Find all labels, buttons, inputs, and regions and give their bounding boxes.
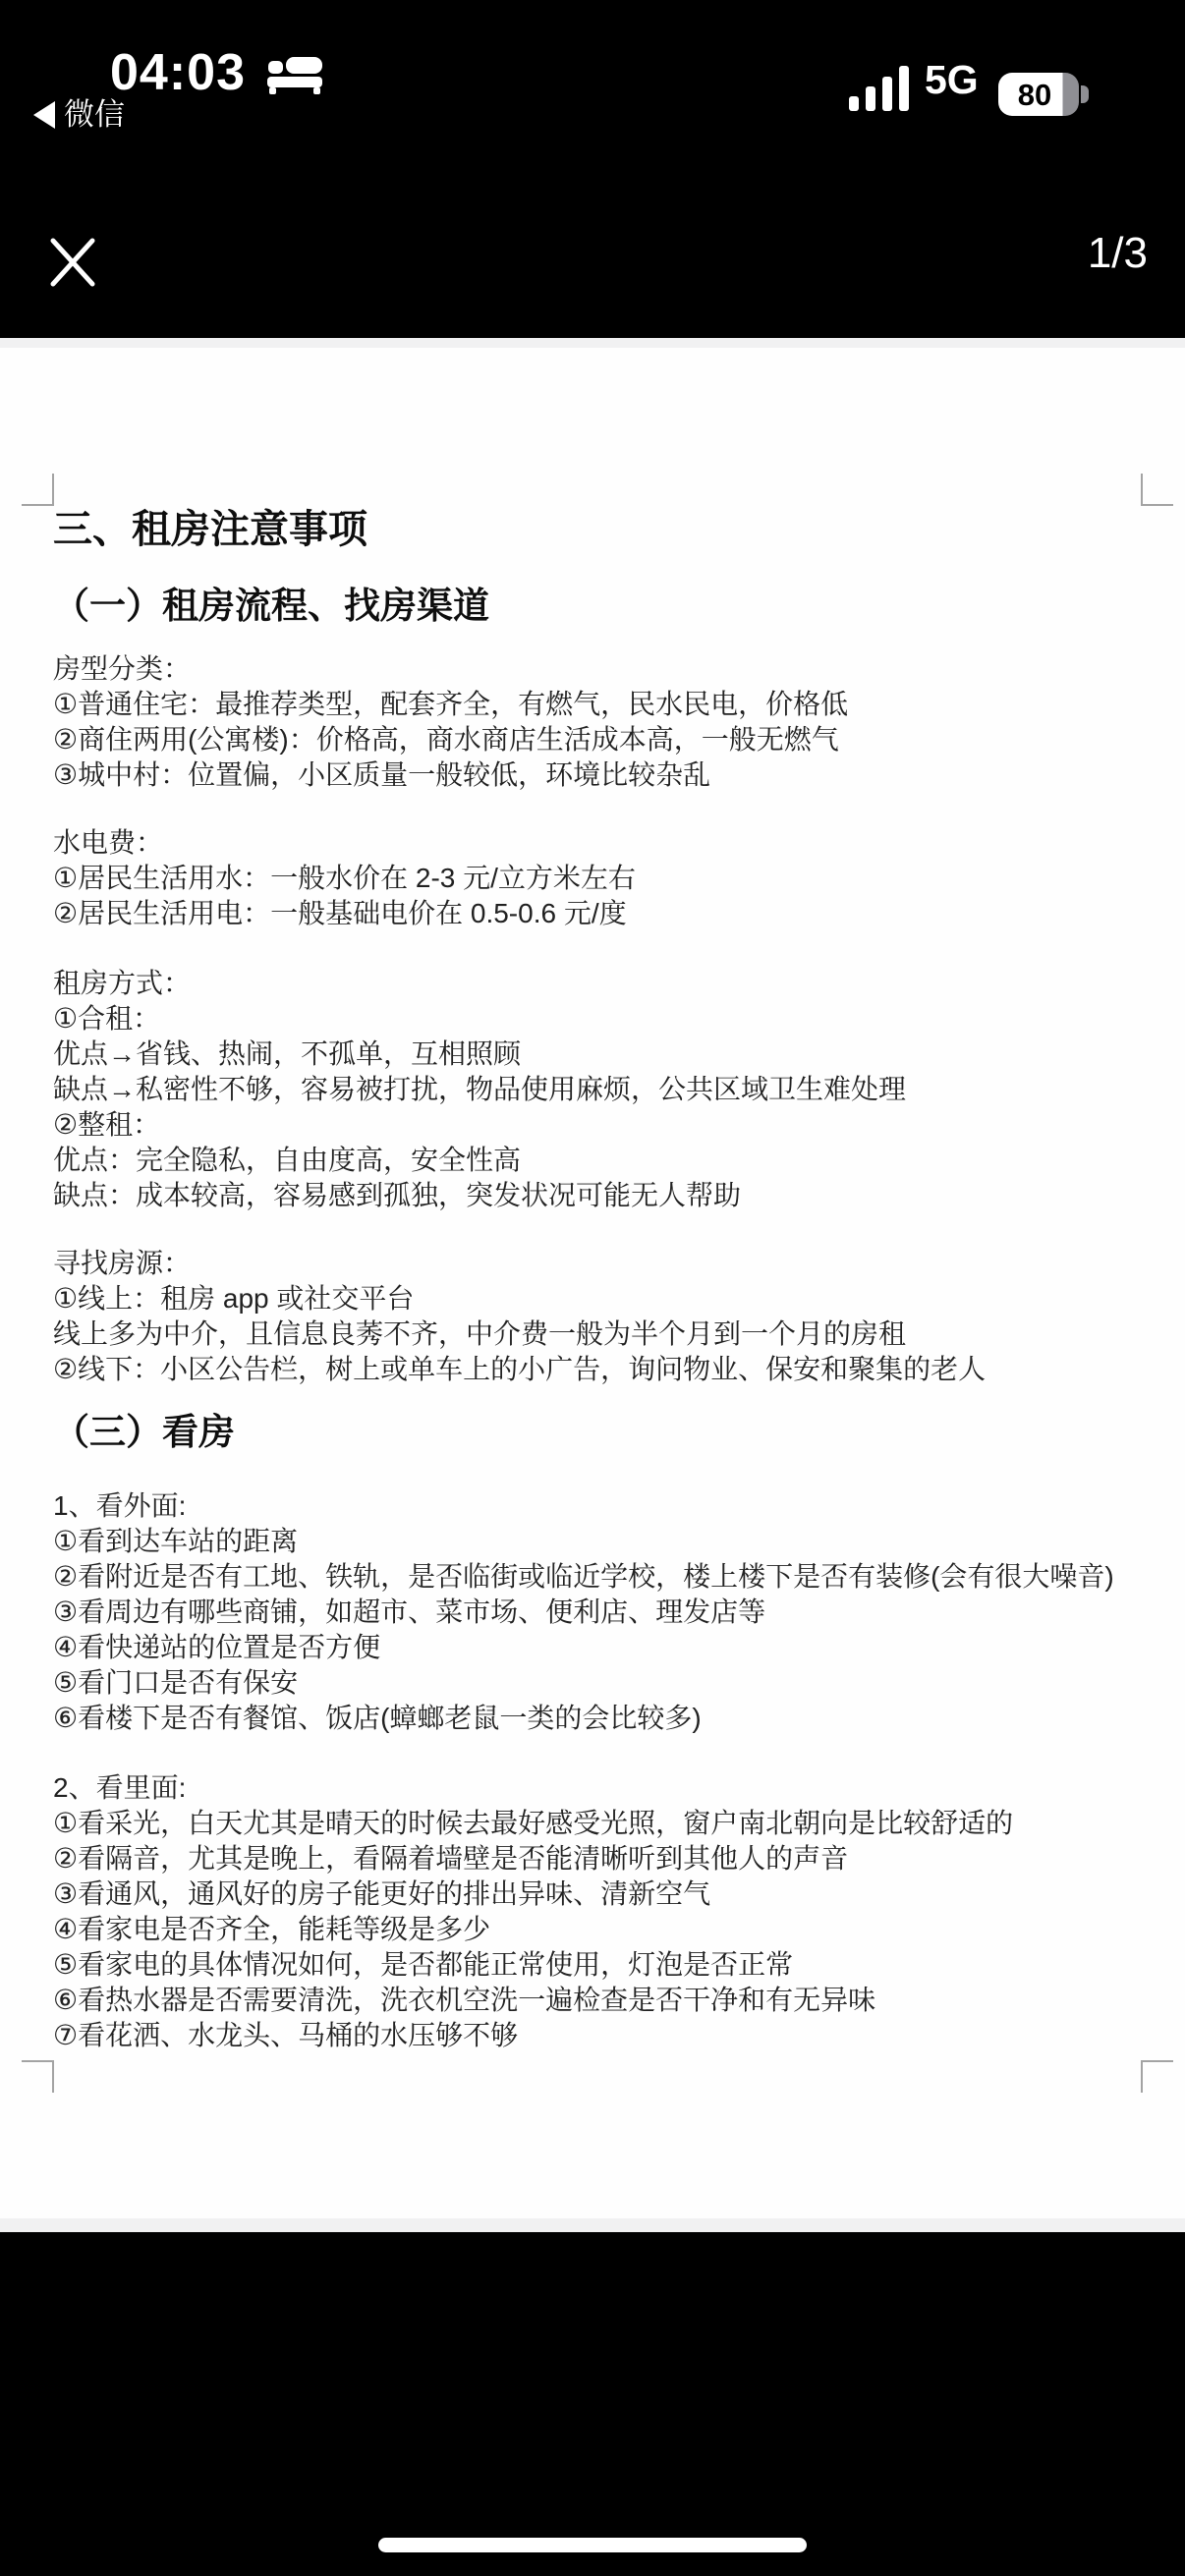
close-icon[interactable] [49,236,96,289]
viewer-background-strip-bottom [0,2218,1185,2232]
doc-line: 房型分类： [53,651,1132,687]
text-boundary-mark-bottom-left [22,2060,54,2093]
doc-line: ②线下：小区公告栏，树上或单车上的小广告，询问物业、保安和聚集的老人 [53,1352,1132,1387]
doc-line: ③城中村：位置偏，小区质量一般较低，环境比较杂乱 [53,757,1132,793]
text-boundary-mark-bottom-right [1141,2060,1173,2093]
doc-line: ②整租： [53,1107,1132,1143]
doc-paragraph: 寻找房源：①线上：租房 app 或社交平台线上多为中介，且信息良莠不齐，中介费一… [53,1246,1132,1387]
doc-paragraph: 1、看外面:①看到达车站的距离②看附近是否有工地、铁轨，是否临街或临近学校，楼上… [53,1488,1132,1736]
doc-line: 线上多为中介，且信息良莠不齐，中介费一般为半个月到一个月的房租 [53,1316,1132,1352]
doc-line: ③看通风，通风好的房子能更好的排出异味、清新空气 [53,1876,1132,1912]
doc-line: ①居民生活用水：一般水价在 2-3 元/立方米左右 [53,861,1132,896]
page-indicator: 1/3 [1088,232,1148,275]
back-chevron-icon [33,101,55,129]
doc-paragraph: 水电费：①居民生活用水：一般水价在 2-3 元/立方米左右②居民生活用电：一般基… [53,825,1132,931]
doc-line: 缺点：成本较高，容易感到孤独，突发状况可能无人帮助 [53,1178,1132,1213]
doc-line: 寻找房源： [53,1246,1132,1281]
back-to-app-button[interactable]: 微信 [33,99,125,130]
viewer-background-strip-top [0,338,1185,348]
cellular-signal-icon [849,66,910,111]
doc-line: 优点：完全隐私，自由度高，安全性高 [53,1143,1132,1178]
doc-line: ④看家电是否齐全，能耗等级是多少 [53,1912,1132,1947]
doc-line: 优点→省钱、热闹，不孤单，互相照顾 [53,1036,1132,1072]
doc-paragraph: 租房方式：①合租：优点→省钱、热闹，不孤单，互相照顾缺点→私密性不够，容易被打扰… [53,966,1132,1213]
battery-body: 80 [998,73,1079,116]
battery-percent-label: 80 [1018,80,1051,110]
doc-content: 三、租房注意事项（一）租房流程、找房渠道房型分类：①普通住宅：最推荐类型，配套齐… [0,504,1185,2053]
signal-bar [899,66,909,111]
doc-heading: （一）租房流程、找房渠道 [53,582,1132,631]
doc-line: ①看到达车站的距离 [53,1524,1132,1559]
doc-paragraph: 2、看里面:①看采光，白天尤其是晴天的时候去最好感受光照，窗户南北朝向是比较舒适… [53,1770,1132,2053]
signal-bar [866,86,875,111]
doc-line: ②看附近是否有工地、铁轨，是否临街或临近学校，楼上楼下是否有装修(会有很大噪音) [53,1559,1132,1595]
doc-line: ①线上：租房 app 或社交平台 [53,1281,1132,1316]
doc-title: 三、租房注意事项 [53,504,1132,555]
doc-line: 1、看外面: [53,1488,1132,1524]
doc-line: 2、看里面: [53,1770,1132,1806]
document-page: 三、租房注意事项（一）租房流程、找房渠道房型分类：①普通住宅：最推荐类型，配套齐… [0,348,1185,2218]
doc-heading: （三）看房 [53,1408,1132,1457]
doc-line: ⑤看门口是否有保安 [53,1665,1132,1701]
doc-paragraph: 房型分类：①普通住宅：最推荐类型，配套齐全，有燃气，民水民电，价格低②商住两用(… [53,651,1132,793]
network-type-label: 5G [925,60,979,100]
doc-line: ①合租： [53,1001,1132,1036]
text-boundary-mark-top-right [1141,474,1173,506]
battery-icon: 80 [998,73,1089,116]
bed-icon [267,57,322,94]
doc-line: ⑥看热水器是否需要清洗，洗衣机空洗一遍检查是否干净和有无异味 [53,1983,1132,2018]
status-and-toolbar: 04:03 微信 5G 80 1/3 [0,0,1185,338]
doc-line: ②看隔音，尤其是晚上，看隔着墙壁是否能清晰听到其他人的声音 [53,1841,1132,1876]
doc-line: ④看快递站的位置是否方便 [53,1630,1132,1665]
doc-line: ①普通住宅：最推荐类型，配套齐全，有燃气，民水民电，价格低 [53,687,1132,722]
doc-line: 租房方式： [53,966,1132,1001]
home-indicator-icon[interactable] [378,2538,807,2552]
signal-bar [849,96,859,111]
back-app-label: 微信 [64,99,125,130]
doc-line: ⑥看楼下是否有餐馆、饭店(蟑螂老鼠一类的会比较多) [53,1701,1132,1736]
battery-nub [1081,85,1089,103]
doc-line: ③看周边有哪些商铺，如超市、菜市场、便利店、理发店等 [53,1595,1132,1630]
doc-line: ②居民生活用电：一般基础电价在 0.5-0.6 元/度 [53,896,1132,931]
doc-line: ⑤看家电的具体情况如何，是否都能正常使用，灯泡是否正常 [53,1947,1132,1983]
doc-line: ⑦看花洒、水龙头、马桶的水压够不够 [53,2018,1132,2053]
signal-bar [882,77,892,111]
text-boundary-mark-top-left [22,474,54,506]
bottom-bar [0,2232,1185,2576]
doc-line: ②商住两用(公寓楼)：价格高，商水商店生活成本高，一般无燃气 [53,722,1132,757]
clock-time: 04:03 [110,47,246,98]
doc-line: 水电费： [53,825,1132,861]
doc-line: ①看采光，白天尤其是晴天的时候去最好感受光照，窗户南北朝向是比较舒适的 [53,1806,1132,1841]
doc-line: 缺点→私密性不够，容易被打扰，物品使用麻烦，公共区域卫生难处理 [53,1072,1132,1107]
